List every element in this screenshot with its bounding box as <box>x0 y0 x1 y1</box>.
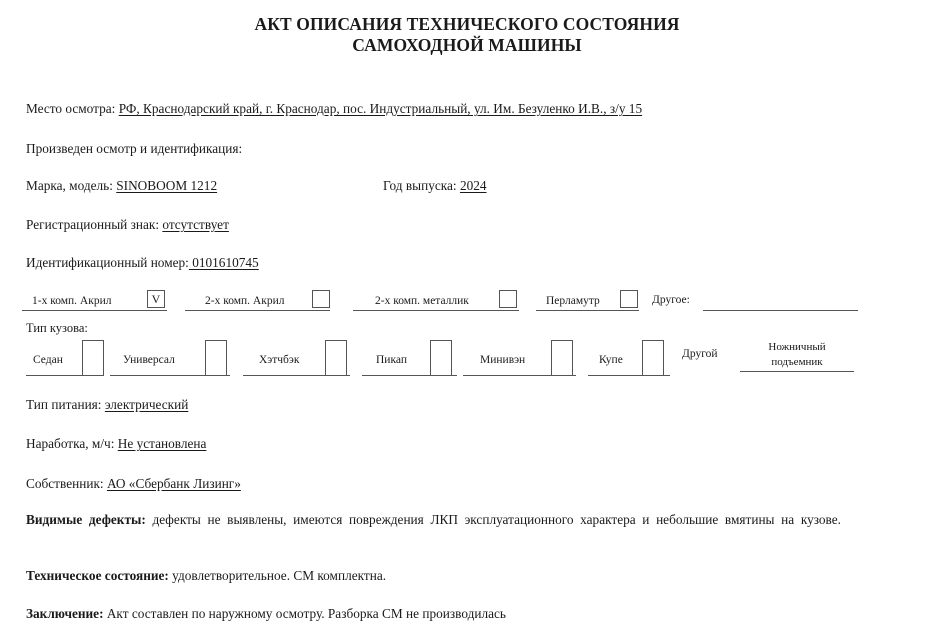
body-other-label: Другой <box>682 346 718 362</box>
body-option-minivan: Минивэн <box>463 338 576 376</box>
paint-option-label: 2-х комп. Акрил <box>205 295 284 307</box>
conclusion-label: Заключение: <box>26 606 104 621</box>
paint-option-2k-metallic: 2-х комп. металлик <box>353 288 519 311</box>
body-option-sedan: Седан <box>26 338 104 376</box>
paint-option-label: 2-х комп. металлик <box>375 295 469 307</box>
paint-option-label: 1-х комп. Акрил <box>32 295 111 307</box>
reg-plate-label: Регистрационный знак: <box>26 217 162 232</box>
body-checkbox-wagon[interactable] <box>205 340 227 375</box>
location-label: Место осмотра: <box>26 101 119 116</box>
hours-label: Наработка, м/ч: <box>26 436 118 451</box>
conclusion-row: Заключение: Акт составлен по наружному о… <box>26 606 506 622</box>
vin-value: 0101610745 <box>189 255 259 270</box>
body-option-label: Седан <box>33 354 63 366</box>
body-option-hatchback: Хэтчбэк <box>243 338 350 376</box>
location-value: РФ, Краснодарский край, г. Краснодар, по… <box>119 101 642 116</box>
tech-state-label: Техническое состояние: <box>26 568 169 583</box>
document-title: АКТ ОПИСАНИЯ ТЕХНИЧЕСКОГО СОСТОЯНИЯ САМО… <box>0 14 934 56</box>
owner-value: АО «Сбербанк Лизинг» <box>107 476 241 491</box>
paint-option-2k-acrylic: 2-х комп. Акрил <box>185 288 330 311</box>
title-line-2: САМОХОДНОЙ МАШИНЫ <box>0 35 934 56</box>
paint-checkbox-2k-metallic[interactable] <box>499 290 517 308</box>
power-type-value: электрический <box>105 397 189 412</box>
year-label: Год выпуска: <box>383 178 460 193</box>
body-option-wagon: Универсал <box>110 338 230 376</box>
defects-paragraph: Видимые дефекты: дефекты не выявлены, им… <box>26 512 841 544</box>
paint-checkbox-1k-acrylic[interactable]: V <box>147 290 165 308</box>
body-checkbox-coupe[interactable] <box>642 340 664 375</box>
year-value: 2024 <box>460 178 487 193</box>
vin-row: Идентификационный номер: 0101610745 <box>26 255 259 271</box>
paint-other-field[interactable] <box>703 309 858 311</box>
body-option-label: Пикап <box>376 354 407 366</box>
paint-option-1k-acrylic: 1-х комп. Акрил V <box>22 288 167 311</box>
defects-text: дефекты не выявлены, имеются повреждения… <box>146 512 841 527</box>
body-checkbox-pickup[interactable] <box>430 340 452 375</box>
body-checkbox-sedan[interactable] <box>82 340 104 375</box>
paint-option-pearl: Перламутр <box>536 288 639 311</box>
body-option-pickup: Пикап <box>362 338 457 376</box>
title-line-1: АКТ ОПИСАНИЯ ТЕХНИЧЕСКОГО СОСТОЯНИЯ <box>0 14 934 35</box>
reg-plate-row: Регистрационный знак: отсутствует <box>26 217 229 233</box>
body-option-label: Хэтчбэк <box>259 354 299 366</box>
make-model-value: SINOBOOM 1212 <box>116 178 217 193</box>
make-model-label: Марка, модель: <box>26 178 116 193</box>
vin-label: Идентификационный номер: <box>26 255 189 270</box>
body-checkbox-minivan[interactable] <box>551 340 573 375</box>
location-row: Место осмотра: РФ, Краснодарский край, г… <box>26 101 642 117</box>
paint-option-label: Перламутр <box>546 295 600 307</box>
make-model-row: Марка, модель: SINOBOOM 1212 <box>26 178 217 194</box>
body-option-coupe: Купе <box>588 338 670 376</box>
body-other-value: Ножничный подъемник <box>740 340 854 372</box>
paint-checkbox-2k-acrylic[interactable] <box>312 290 330 308</box>
body-other-value-line2: подъемник <box>740 355 854 370</box>
hours-row: Наработка, м/ч: Не установлена <box>26 436 206 452</box>
body-option-label: Универсал <box>123 354 175 366</box>
year-row: Год выпуска: 2024 <box>383 178 487 194</box>
owner-row: Собственник: АО «Сбербанк Лизинг» <box>26 476 241 492</box>
paint-checkbox-pearl[interactable] <box>620 290 638 308</box>
body-type-label: Тип кузова: <box>26 320 88 336</box>
inspection-note: Произведен осмотр и идентификация: <box>26 141 242 157</box>
power-type-row: Тип питания: электрический <box>26 397 188 413</box>
owner-label: Собственник: <box>26 476 107 491</box>
power-type-label: Тип питания: <box>26 397 105 412</box>
conclusion-text: Акт составлен по наружному осмотру. Разб… <box>104 606 506 621</box>
body-option-label: Купе <box>599 354 623 366</box>
body-option-label: Минивэн <box>480 354 525 366</box>
tech-state-row: Техническое состояние: удовлетворительно… <box>26 568 386 584</box>
body-other-value-line1: Ножничный <box>740 340 854 355</box>
reg-plate-value: отсутствует <box>162 217 229 232</box>
body-checkbox-hatchback[interactable] <box>325 340 347 375</box>
defects-label: Видимые дефекты: <box>26 512 146 527</box>
paint-other-label: Другое: <box>652 294 690 306</box>
tech-state-text: удовлетворительное. СМ комплектна. <box>169 568 386 583</box>
hours-value: Не установлена <box>118 436 207 451</box>
